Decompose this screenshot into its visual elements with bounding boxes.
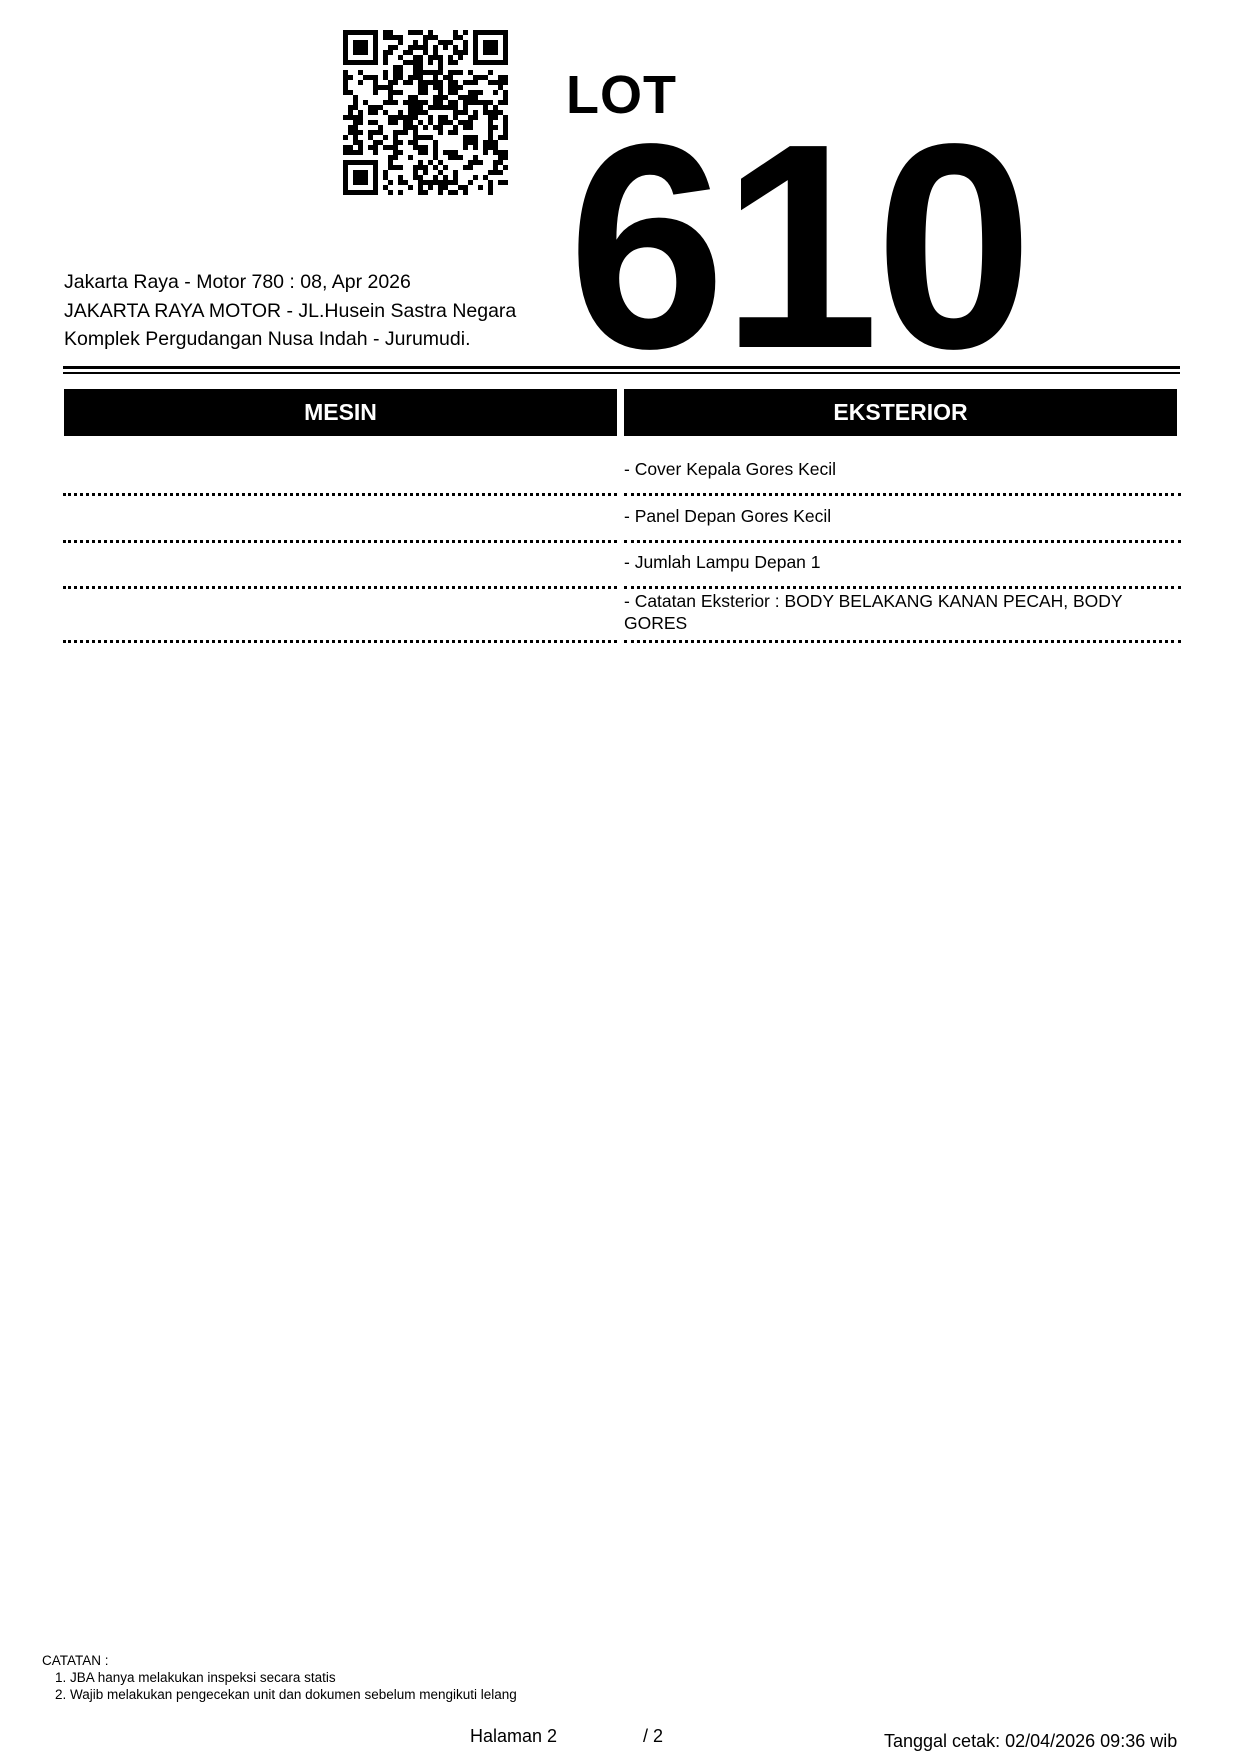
note-item: 1. JBA hanya melakukan inspeksi secara s… [42, 1669, 517, 1686]
row-divider [624, 586, 1181, 589]
auction-title: Jakarta Raya - Motor 780 : 08, Apr 2026 [64, 268, 516, 297]
row-divider [624, 640, 1181, 643]
auction-address: Jakarta Raya - Motor 780 : 08, Apr 2026 … [64, 268, 516, 354]
row-divider [63, 586, 617, 589]
lot-number: 610 [568, 100, 1029, 392]
header-divider [63, 366, 1180, 369]
row-divider [624, 493, 1181, 496]
eksterior-note: - Catatan Eksterior : BODY BELAKANG KANA… [624, 590, 1179, 634]
note-item: 2. Wajib melakukan pengecekan unit dan d… [42, 1686, 517, 1703]
address-line-1: JAKARTA RAYA MOTOR - JL.Husein Sastra Ne… [64, 297, 516, 326]
row-divider [63, 540, 617, 543]
eksterior-item: - Panel Depan Gores Kecil [624, 505, 1179, 527]
row-divider [63, 493, 617, 496]
section-header-mesin: MESIN [64, 389, 617, 436]
row-divider [624, 540, 1181, 543]
header-divider [63, 372, 1180, 374]
section-header-eksterior: EKSTERIOR [624, 389, 1177, 436]
notes-title: CATATAN : [42, 1652, 517, 1669]
eksterior-item: - Cover Kepala Gores Kecil [624, 458, 1179, 480]
eksterior-item: - Jumlah Lampu Depan 1 [624, 551, 1179, 573]
row-divider [63, 640, 617, 643]
page-total: / 2 [643, 1726, 663, 1747]
qr-code-icon [343, 30, 508, 195]
print-date: Tanggal cetak: 02/04/2026 09:36 wib [884, 1731, 1177, 1752]
notes: CATATAN : 1. JBA hanya melakukan inspeks… [42, 1652, 517, 1703]
page-number: Halaman 2 [470, 1726, 557, 1747]
address-line-2: Komplek Pergudangan Nusa Indah - Jurumud… [64, 325, 516, 354]
